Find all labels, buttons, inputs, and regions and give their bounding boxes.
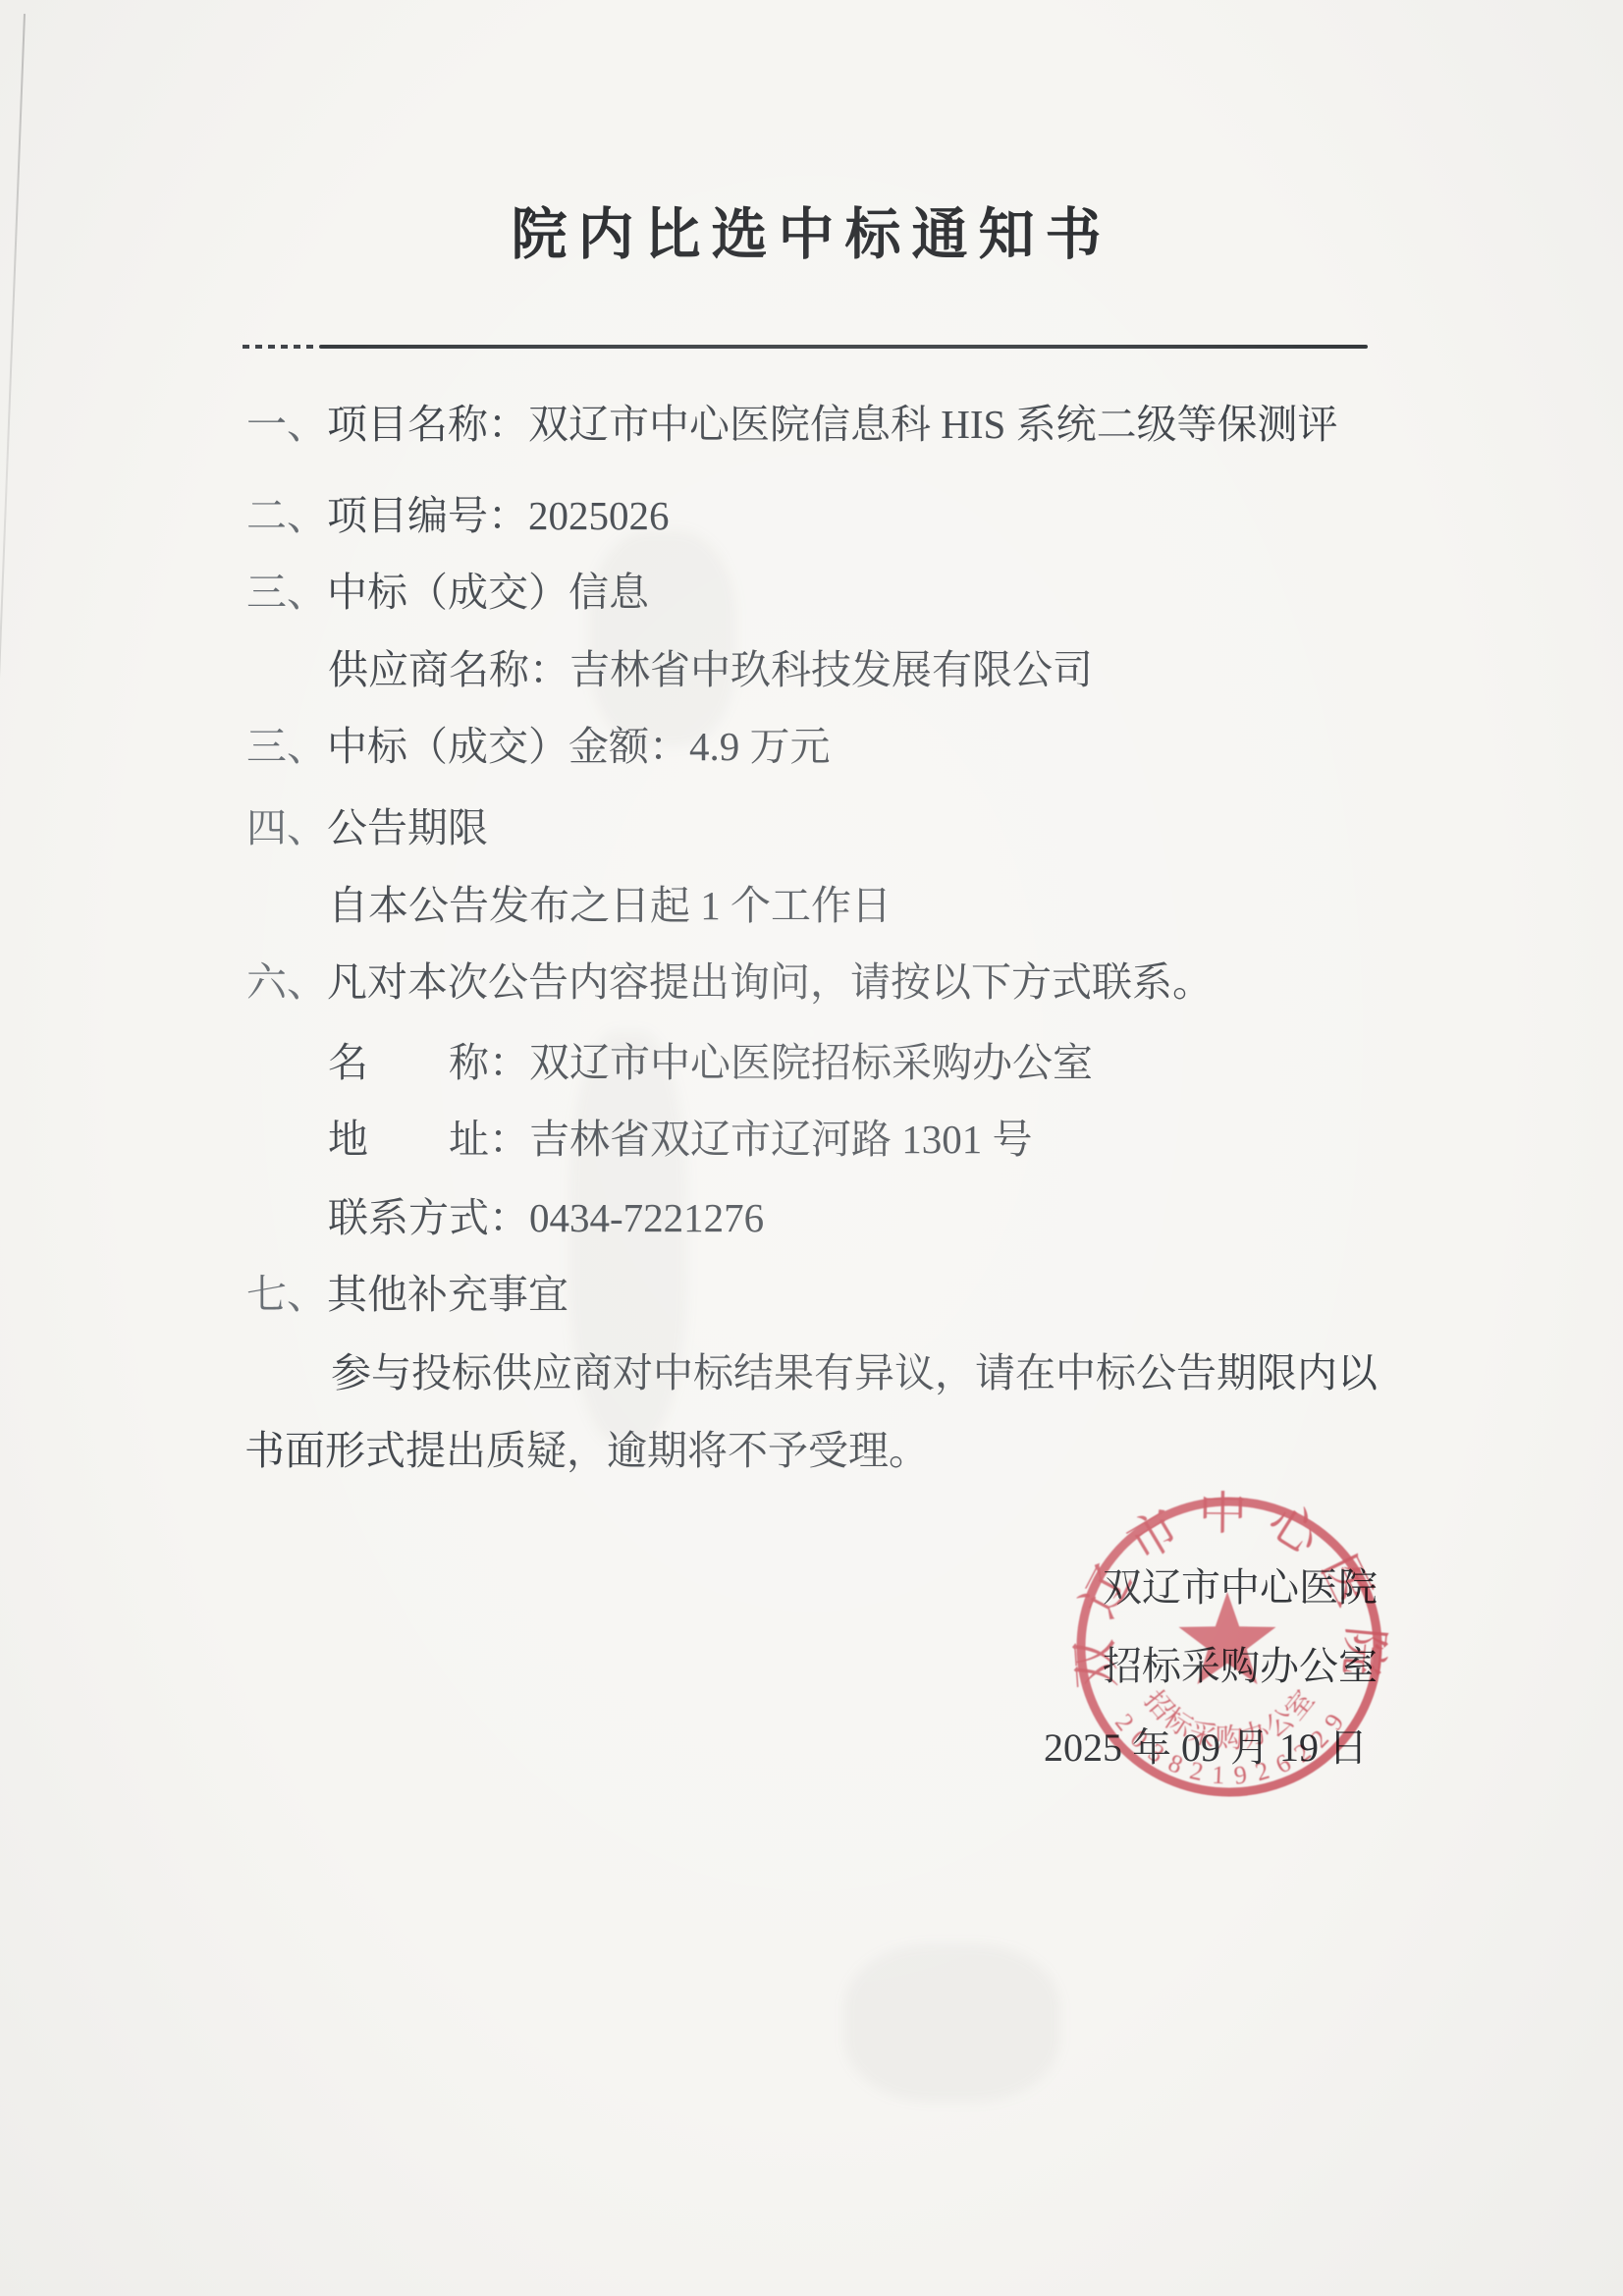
item-text: 中标（成交）金额：4.9 万元 — [327, 724, 831, 769]
body-line: 六、凡对本次公告内容提出询问，请按以下方式联系。 — [246, 956, 1213, 1009]
body-line: 自本公告发布之日起 1 个工作日 — [328, 879, 892, 932]
scan-artifact-line — [0, 14, 26, 793]
item-text: 公告期限 — [327, 805, 488, 850]
item-text: 项目编号：2025026 — [327, 493, 670, 538]
item-text: 中标（成交）信息 — [327, 570, 649, 615]
body-line: 三、中标（成交）金额：4.9 万元 — [246, 720, 831, 773]
item-number: 四、 — [246, 805, 327, 850]
body-line: 一、项目名称：双辽市中心医院信息科 HIS 系统二级等保测评 — [246, 398, 1338, 451]
body-line: 四、公告期限 — [246, 801, 488, 854]
body-line: 三、中标（成交）信息 — [246, 566, 649, 619]
item-text: 名 称：双辽市中心医院招标采购办公室 — [328, 1040, 1093, 1085]
scanned-document-page: 院内比选中标通知书 一、项目名称：双辽市中心医院信息科 HIS 系统二级等保测评… — [0, 0, 1623, 2296]
item-text: 书面形式提出质疑，逾期将不予受理。 — [244, 1428, 929, 1473]
body-line: 名 称：双辽市中心医院招标采购办公室 — [328, 1036, 1093, 1089]
seal-star-icon — [1179, 1592, 1276, 1684]
item-text: 供应商名称：吉林省中玖科技发展有限公司 — [328, 647, 1093, 692]
item-text: 凡对本次公告内容提出询问，请按以下方式联系。 — [327, 959, 1213, 1005]
item-text: 其他补充事宜 — [327, 1272, 568, 1317]
item-text: 项目名称：双辽市中心医院信息科 HIS 系统二级等保测评 — [327, 402, 1338, 447]
divider-solid-segment — [319, 345, 1368, 349]
body-line: 二、项目编号：2025026 — [246, 489, 670, 542]
item-text: 地 址：吉林省双辽市辽河路 1301 号 — [328, 1117, 1033, 1162]
item-number: 二、 — [246, 493, 327, 538]
body-line: 供应商名称：吉林省中玖科技发展有限公司 — [328, 643, 1093, 696]
item-text: 自本公告发布之日起 1 个工作日 — [328, 883, 892, 928]
divider-dashed-segment — [243, 345, 319, 349]
paper-smudge — [589, 530, 736, 746]
item-number: 一、 — [246, 402, 327, 447]
body-line: 书面形式提出质疑，逾期将不予受理。 — [244, 1424, 929, 1477]
item-text: 联系方式：0434-7221276 — [328, 1195, 764, 1240]
item-number: 七、 — [246, 1272, 327, 1317]
item-text: 参与投标供应商对中标结果有异议，请在中标公告期限内以 — [331, 1350, 1378, 1395]
document-title: 院内比选中标通知书 — [0, 190, 1623, 270]
official-seal-stamp: 双辽市中心医院 招标采购办公室 203821926229 — [1068, 1491, 1390, 1803]
body-line: 地 址：吉林省双辽市辽河路 1301 号 — [328, 1113, 1033, 1166]
item-number: 六、 — [246, 959, 327, 1005]
body-line: 七、其他补充事宜 — [246, 1268, 568, 1321]
paper-smudge — [844, 1944, 1060, 2102]
title-divider-line — [243, 345, 1368, 349]
body-line: 联系方式：0434-7221276 — [328, 1191, 764, 1244]
body-line: 参与投标供应商对中标结果有异议，请在中标公告期限内以 — [331, 1346, 1378, 1399]
item-number: 三、 — [246, 570, 327, 615]
item-number: 三、 — [246, 724, 327, 769]
